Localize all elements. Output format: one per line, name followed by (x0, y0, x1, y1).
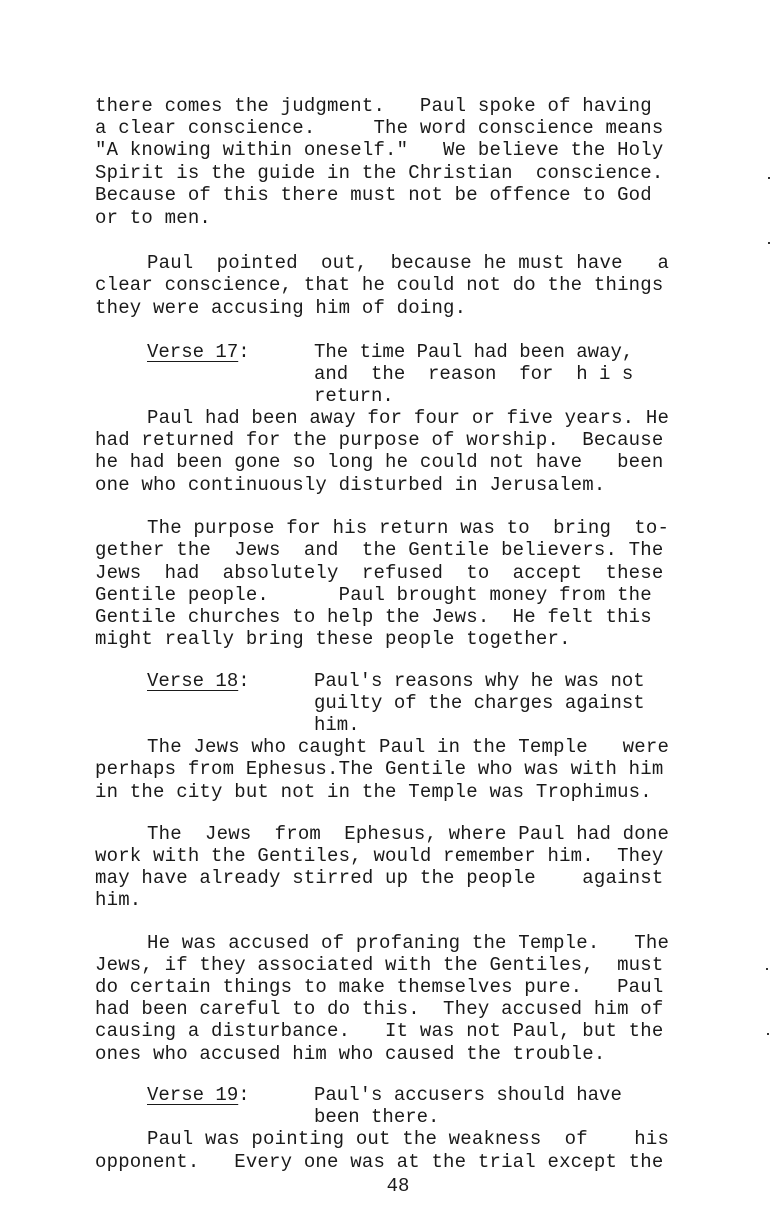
verse-label: Verse 18: (147, 670, 250, 692)
text-line: may have already stirred up the people a… (95, 867, 728, 889)
text-line: him. (95, 889, 728, 911)
text-line: there comes the judgment. Paul spoke of … (95, 95, 728, 117)
text-line: Paul had been away for four or five year… (147, 407, 728, 429)
text-line: causing a disturbance. It was not Paul, … (95, 1020, 728, 1042)
text-line: Paul was pointing out the weakness of hi… (147, 1128, 728, 1150)
text-line: or to men. (95, 207, 728, 229)
text-line: Spirit is the guide in the Christian con… (95, 162, 728, 184)
text-line: He was accused of profaning the Temple. … (147, 932, 728, 954)
text-line: Because of this there must not be offenc… (95, 184, 728, 206)
text-line: one who continuously disturbed in Jerusa… (95, 474, 728, 496)
verse-summary-line: Paul's accusers should have (314, 1084, 622, 1106)
scan-speck (766, 968, 768, 970)
verse-summary-line: return. (314, 385, 394, 407)
text-line: do certain things to make themselves pur… (95, 976, 728, 998)
text-line: perhaps from Ephesus.The Gentile who was… (95, 758, 728, 780)
text-line: The purpose for his return was to bring … (147, 517, 728, 539)
verse-label-text: Verse 18 (147, 670, 238, 692)
verse-label: Verse 19: (147, 1084, 250, 1106)
text-line: ones who accused him who caused the trou… (95, 1043, 728, 1065)
verse-summary-line: and the reason for h i s (314, 363, 633, 385)
scanned-page: there comes the judgment. Paul spoke of … (0, 0, 774, 1217)
scan-speck (768, 177, 770, 179)
text-line: clear conscience, that he could not do t… (95, 274, 728, 296)
text-line: Gentile churches to help the Jews. He fe… (95, 606, 728, 628)
scan-speck (767, 1033, 769, 1035)
text-line: gether the Jews and the Gentile believer… (95, 539, 728, 561)
text-line: they were accusing him of doing. (95, 297, 728, 319)
text-line: The Jews from Ephesus, where Paul had do… (147, 823, 728, 845)
text-line: work with the Gentiles, would remember h… (95, 845, 728, 867)
verse-summary-line: him. (314, 714, 360, 736)
text-line: had returned for the purpose of worship.… (95, 429, 728, 451)
text-line: had been careful to do this. They accuse… (95, 998, 728, 1020)
text-line: a clear conscience. The word conscience … (95, 117, 728, 139)
text-line: might really bring these people together… (95, 628, 728, 650)
text-line: he had been gone so long he could not ha… (95, 451, 728, 473)
verse-label: Verse 17: (147, 341, 250, 363)
text-line: The Jews who caught Paul in the Temple w… (147, 736, 728, 758)
text-line: Paul pointed out, because he must have a (147, 252, 728, 274)
verse-summary-line: guilty of the charges against (314, 692, 645, 714)
text-line: "A knowing within oneself." We believe t… (95, 139, 728, 161)
text-line: opponent. Every one was at the trial exc… (95, 1151, 728, 1173)
text-line: Gentile people. Paul brought money from … (95, 584, 728, 606)
text-line: in the city but not in the Temple was Tr… (95, 781, 728, 803)
page-number: 48 (0, 1175, 774, 1197)
text-line: Jews had absolutely refused to accept th… (95, 562, 728, 584)
verse-summary-line: been there. (314, 1106, 439, 1128)
verse-summary-line: Paul's reasons why he was not (314, 670, 645, 692)
verse-summary-line: The time Paul had been away, (314, 341, 633, 363)
verse-label-text: Verse 17 (147, 341, 238, 363)
scan-speck (768, 242, 770, 244)
verse-label-text: Verse 19 (147, 1084, 238, 1106)
text-line: Jews, if they associated with the Gentil… (95, 954, 728, 976)
